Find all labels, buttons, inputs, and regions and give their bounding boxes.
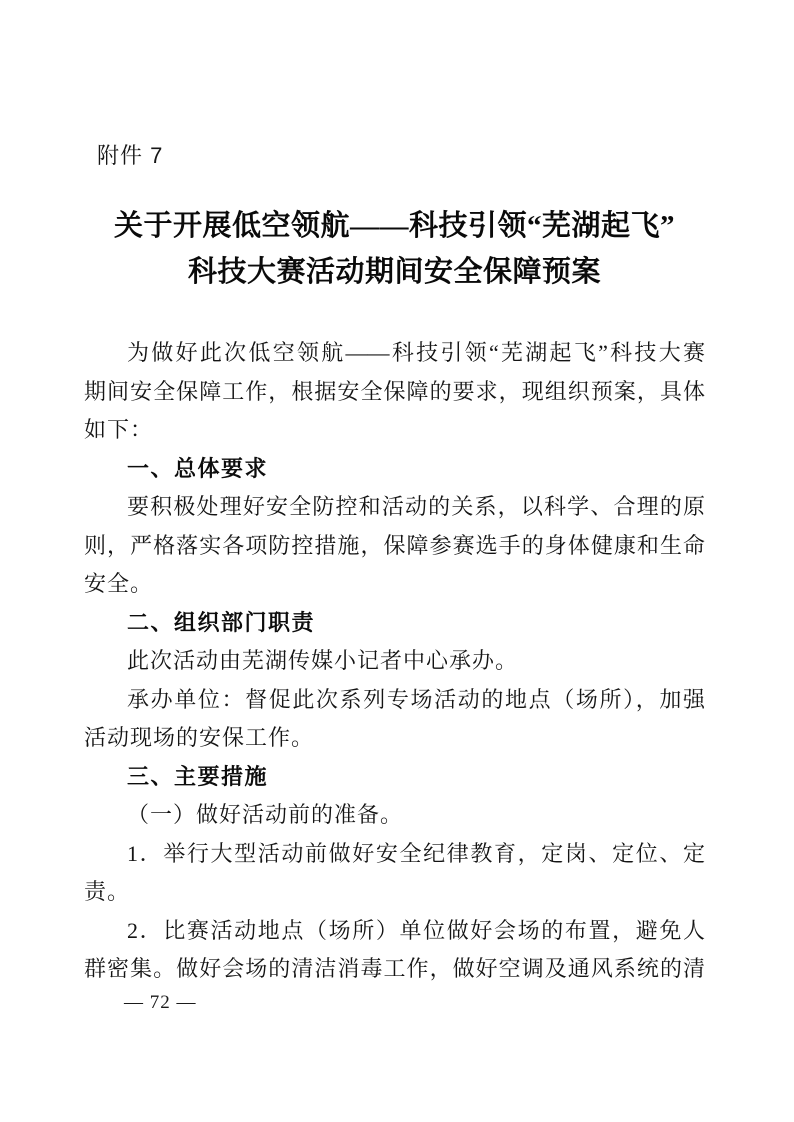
document-line: 则，严格落实各项防控措施，保障参赛选手的身体健康和生命 [84,527,705,566]
title-line-2: 科技大赛活动期间安全保障预案 [84,249,705,295]
document-line: （一）做好活动前的准备。 [84,796,705,835]
page-number: — 72 — [124,992,197,1014]
document-line: 期间安全保障工作，根据安全保障的要求，现组织预案，具体 [84,373,705,412]
document-page: 附件 7 关于开展低空领航——科技引领“芜湖起飞” 科技大赛活动期间安全保障预案… [0,0,794,1122]
document-title: 关于开展低空领航——科技引领“芜湖起飞” 科技大赛活动期间安全保障预案 [84,203,705,295]
document-line: 承办单位：督促此次系列专场活动的地点（场所），加强 [84,681,705,720]
attachment-label: 附件 7 [97,141,163,171]
document-line: 责。 [84,873,705,912]
document-line: 活动现场的安保工作。 [84,719,705,758]
document-line: 2．比赛活动地点（场所）单位做好会场的布置，避免人 [84,912,705,951]
document-line: 为做好此次低空领航——科技引领“芜湖起飞”科技大赛 [84,334,705,373]
document-line: 群密集。做好会场的清洁消毒工作，做好空调及通风系统的清 [84,950,705,989]
document-line: 如下： [84,411,705,450]
document-line: 一、总体要求 [84,450,705,489]
document-line: 此次活动由芜湖传媒小记者中心承办。 [84,642,705,681]
title-line-1: 关于开展低空领航——科技引领“芜湖起飞” [84,203,705,249]
document-body: 为做好此次低空领航——科技引领“芜湖起飞”科技大赛期间安全保障工作，根据安全保障… [84,334,705,989]
document-line: 要积极处理好安全防控和活动的关系，以科学、合理的原 [84,488,705,527]
document-line: 安全。 [84,565,705,604]
document-line: 三、主要措施 [84,758,705,797]
document-line: 1．举行大型活动前做好安全纪律教育，定岗、定位、定 [84,835,705,874]
document-line: 二、组织部门职责 [84,604,705,643]
